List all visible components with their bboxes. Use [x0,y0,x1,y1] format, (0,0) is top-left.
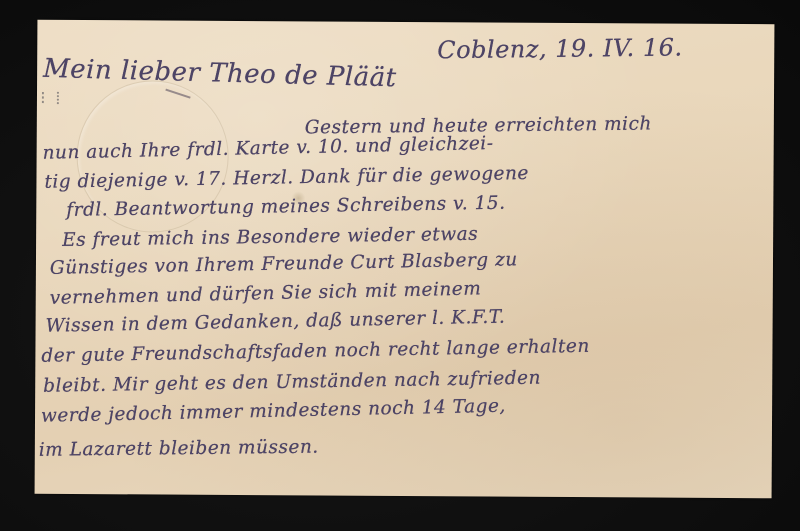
body-line-8: Wissen in dem Gedanken, daß unserer l. K… [45,307,505,337]
postcard: ⁝ ⁞ Coblenz, 19. IV. 16. Mein lieber The… [35,20,775,498]
body-line-4: frdl. Beantwortung meines Schreibens v. … [66,193,506,221]
salutation: Mein lieber Theo de Pläät [43,54,397,94]
body-line-5: Es freut mich ins Besondere wieder etwas [62,224,478,251]
body-line-10: bleibt. Mir geht es den Umständen nach z… [43,368,541,397]
body-line-11: werde jedoch immer mindestens noch 14 Ta… [41,396,506,427]
faint-postmark-mark: ⁝ ⁞ [40,88,76,122]
ink-stroke-mark [165,89,190,99]
body-line-12: im Lazarett bleiben müssen. [39,437,319,461]
body-line-6: Günstiges von Ihrem Freunde Curt Blasber… [50,249,518,279]
body-line-7: vernehmen und dürfen Sie sich mit meinem [50,278,482,308]
dateline: Coblenz, 19. IV. 16. [437,33,683,64]
body-line-3: tig diejenige v. 17. Herzl. Dank für die… [44,163,529,193]
body-line-9: der gute Freundschaftsfaden noch recht l… [41,336,590,367]
body-line-2: nun auch Ihre frdl. Karte v. 10. und gle… [42,133,493,164]
photo-background: ⁝ ⁞ Coblenz, 19. IV. 16. Mein lieber The… [0,0,800,531]
